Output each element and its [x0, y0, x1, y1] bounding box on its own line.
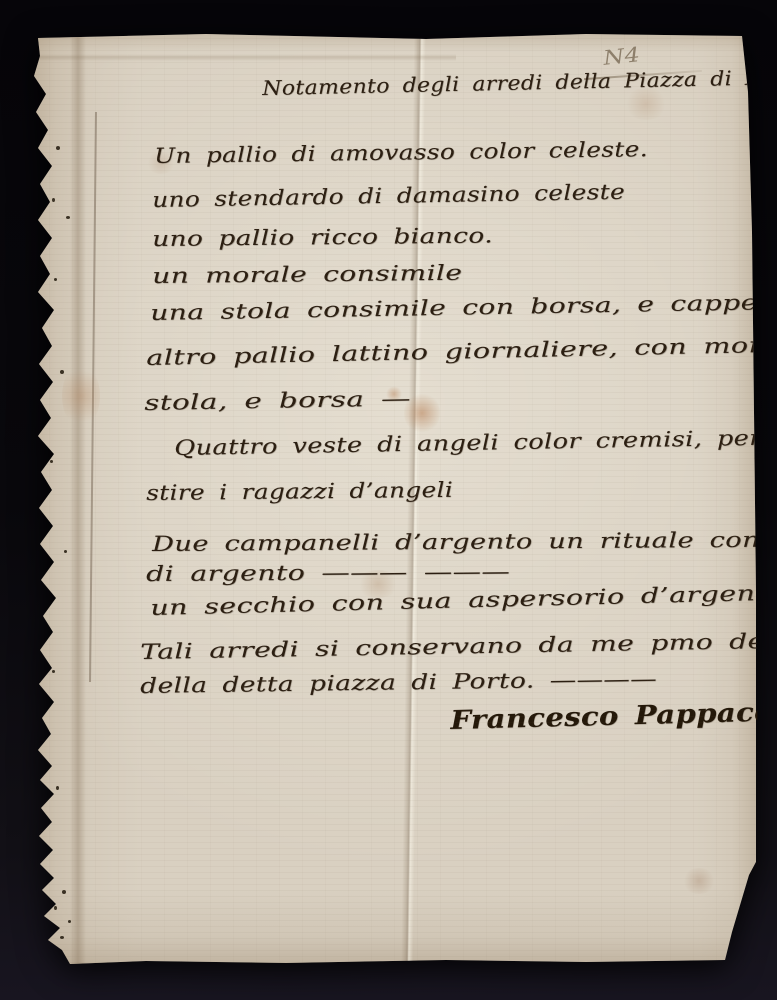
worm-hole — [52, 198, 55, 202]
manuscript-line: un secchio con sua aspersorio d’argento. — [150, 580, 777, 620]
manuscript-line: una stola consimile con borsa, e cappete… — [150, 289, 777, 325]
fold-crease-top — [36, 54, 456, 61]
ink-stain — [404, 392, 440, 434]
foxing-stain — [356, 570, 400, 598]
manuscript-line: Quattro veste di angeli color cremisi, p… — [174, 425, 777, 460]
foxing-stain — [624, 88, 668, 120]
worm-hole — [56, 146, 60, 150]
ink-stain-small — [386, 386, 402, 402]
manuscript-line: stire i ragazzi d’angeli — [146, 478, 453, 505]
manuscript-line: altro pallio lattino giornaliere, con mo… — [146, 332, 777, 370]
foxing-stain — [146, 152, 176, 174]
manuscript-line: Due campanelli d’argento un rituale con … — [152, 527, 777, 556]
worm-hole — [68, 920, 71, 923]
worm-hole — [66, 216, 70, 219]
crack-line-left — [89, 112, 97, 682]
signature: Francesco Pappacena — [450, 696, 777, 736]
manuscript-line: Tali arredi si conservano da me pmo depu… — [140, 627, 777, 664]
worm-hole — [52, 670, 55, 673]
manuscript-line: uno stendardo di damasino celeste — [152, 180, 625, 212]
worm-hole — [64, 550, 67, 553]
worm-hole — [62, 890, 66, 894]
fold-crease-center — [401, 32, 426, 964]
foxing-stain — [62, 364, 100, 428]
manuscript-title: Notamento degli arredi della Piazza di P… — [262, 65, 777, 100]
manuscript-page-wrapper: N4 Notamento degli arredi della Piazza d… — [26, 32, 756, 964]
worm-hole — [60, 370, 64, 374]
worm-hole — [56, 786, 59, 790]
worm-hole — [50, 460, 53, 463]
manuscript-line: della detta piazza di Porto. ———— — [140, 667, 657, 698]
pencil-underline — [584, 70, 702, 80]
manuscript-page: N4 Notamento degli arredi della Piazza d… — [26, 32, 756, 964]
manuscript-line: un morale consimile — [152, 261, 463, 288]
fold-crease-left — [70, 32, 86, 964]
manuscript-line: di argento ——— ——— — [146, 559, 510, 586]
worm-hole — [60, 936, 64, 939]
manuscript-line: Un pallio di amovasso color celeste. — [154, 137, 648, 168]
worm-hole — [54, 278, 57, 281]
manuscript-line: stola, e borsa — — [144, 386, 411, 415]
foxing-stain — [682, 868, 716, 894]
archival-number-pencil: N4 — [602, 42, 641, 70]
worm-hole — [54, 906, 57, 910]
manuscript-line: uno pallio ricco bianco. — [152, 223, 493, 251]
